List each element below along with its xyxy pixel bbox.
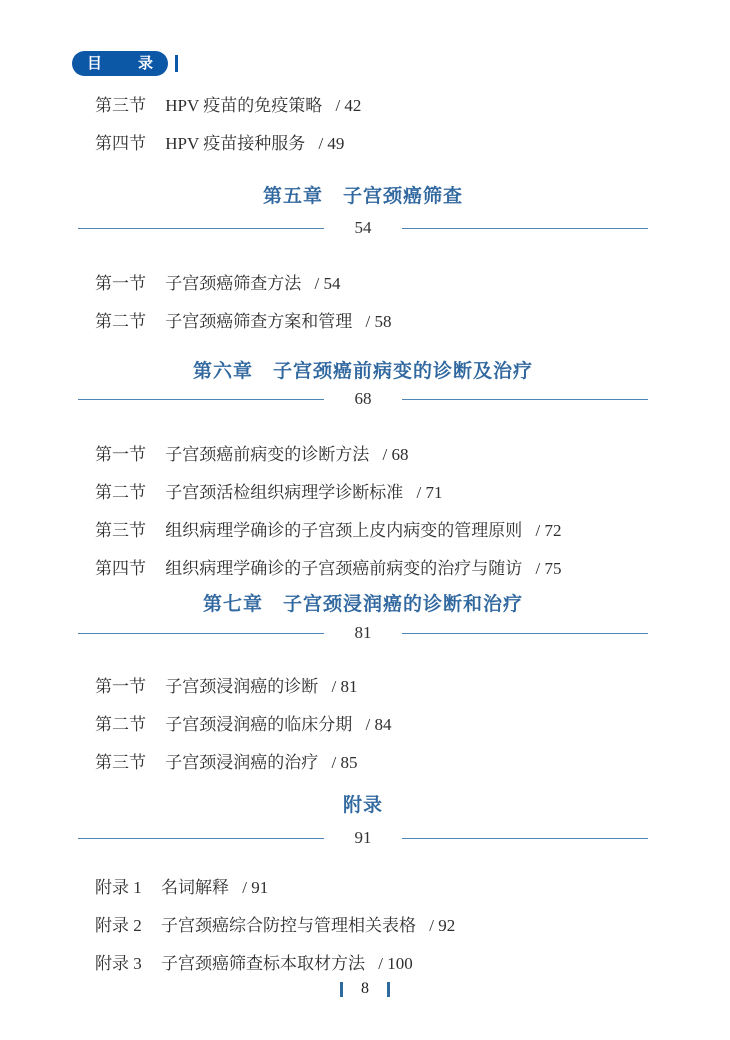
toc-entry: 第四节 组织病理学确诊的子宫颈癌前病变的治疗与随访 / 75 xyxy=(78,550,648,588)
toc-entry-title: 名词解释 xyxy=(161,878,229,897)
divider-rule-right xyxy=(402,399,648,400)
toc-entry-title: HPV 疫苗的免疫策略 xyxy=(165,96,322,115)
chapter-start-page: 81 xyxy=(338,622,388,644)
toc-entry-page: / 42 xyxy=(335,96,361,115)
divider-rule-right xyxy=(402,633,648,634)
page-footer: 8 xyxy=(0,978,730,1000)
divider-rule-left xyxy=(78,399,324,400)
toc-entry: 第三节 子宫颈浸润癌的治疗 / 85 xyxy=(78,744,648,782)
toc-entry-title: 子宫颈浸润癌的临床分期 xyxy=(165,715,352,734)
toc-entry: 附录 1 名词解释 / 91 xyxy=(78,869,648,907)
toc-entry-page: / 85 xyxy=(332,753,358,772)
toc-entry-title: 子宫颈浸润癌的诊断 xyxy=(165,677,318,696)
toc-entry-title: 子宫颈癌筛查方案和管理 xyxy=(165,312,352,331)
toc-entry-label: 附录 3 xyxy=(95,954,142,973)
page-number: 8 xyxy=(361,981,369,997)
toc-entry-title: 子宫颈癌综合防控与管理相关表格 xyxy=(161,916,416,935)
toc-entry-title: 子宫颈癌筛查标本取材方法 xyxy=(161,954,365,973)
divider-rule-right xyxy=(402,838,648,839)
toc-entry-page: / 72 xyxy=(536,521,562,540)
toc-entry-label: 第三节 xyxy=(95,521,146,540)
toc-entry-label: 附录 1 xyxy=(95,878,142,897)
toc-entry-page: / 84 xyxy=(366,715,392,734)
chapter-heading: 第五章 子宫颈癌筛查 xyxy=(78,186,648,208)
toc-entry-title: 子宫颈活检组织病理学诊断标准 xyxy=(165,483,403,502)
toc-entry-title: 子宫颈浸润癌的治疗 xyxy=(165,753,318,772)
toc-entry-title: HPV 疫苗接种服务 xyxy=(165,134,305,153)
toc-entry-title: 组织病理学确诊的子宫颈癌前病变的治疗与随访 xyxy=(165,559,522,578)
toc-entry-page: / 81 xyxy=(332,677,358,696)
toc-entry-label: 第一节 xyxy=(95,677,146,696)
toc-entry-page: / 71 xyxy=(417,483,443,502)
divider-rule-left xyxy=(78,228,324,229)
toc-entry: 第一节 子宫颈癌前病变的诊断方法 / 68 xyxy=(78,436,648,474)
toc-entry: 第三节 HPV 疫苗的免疫策略 / 42 xyxy=(78,87,648,125)
toc-entry-page: / 92 xyxy=(429,916,455,935)
toc-entry: 第四节 HPV 疫苗接种服务 / 49 xyxy=(78,125,648,163)
toc-content: 第三节 HPV 疫苗的免疫策略 / 42 第四节 HPV 疫苗接种服务 / 49… xyxy=(78,0,648,983)
toc-entry: 附录 2 子宫颈癌综合防控与管理相关表格 / 92 xyxy=(78,907,648,945)
toc-entry-label: 附录 2 xyxy=(95,916,142,935)
chapter-heading: 第六章 子宫颈癌前病变的诊断及治疗 xyxy=(78,361,648,383)
footer-rule-left xyxy=(340,982,343,997)
chapter-page-divider: 91 xyxy=(78,827,648,849)
toc-entry-label: 第二节 xyxy=(95,312,146,331)
toc-entry: 第三节 组织病理学确诊的子宫颈上皮内病变的管理原则 / 72 xyxy=(78,512,648,550)
divider-rule-right xyxy=(402,228,648,229)
toc-entry: 第一节 子宫颈癌筛查方法 / 54 xyxy=(78,265,648,303)
toc-entry-page: / 54 xyxy=(315,274,341,293)
toc-entry-label: 第一节 xyxy=(95,274,146,293)
chapter-heading: 第七章 子宫颈浸润癌的诊断和治疗 xyxy=(78,594,648,616)
toc-entry-label: 第一节 xyxy=(95,445,146,464)
chapter-page-divider: 81 xyxy=(78,622,648,644)
footer-rule-right xyxy=(387,982,390,997)
divider-rule-left xyxy=(78,838,324,839)
toc-entry-title: 组织病理学确诊的子宫颈上皮内病变的管理原则 xyxy=(165,521,522,540)
chapter-start-page: 68 xyxy=(338,388,388,410)
toc-entry-label: 第四节 xyxy=(95,134,146,153)
chapter-page-divider: 54 xyxy=(78,217,648,239)
toc-entry-label: 第二节 xyxy=(95,715,146,734)
appendix-heading: 附录 xyxy=(78,795,648,817)
toc-entry: 第二节 子宫颈活检组织病理学诊断标准 / 71 xyxy=(78,474,648,512)
chapter-start-page: 91 xyxy=(338,827,388,849)
toc-entry: 第一节 子宫颈浸润癌的诊断 / 81 xyxy=(78,668,648,706)
toc-entry: 第二节 子宫颈癌筛查方案和管理 / 58 xyxy=(78,303,648,341)
chapter-page-divider: 68 xyxy=(78,388,648,410)
toc-entry-page: / 75 xyxy=(536,559,562,578)
toc-entry-label: 第二节 xyxy=(95,483,146,502)
toc-entry-page: / 68 xyxy=(383,445,409,464)
toc-entry-label: 第三节 xyxy=(95,96,146,115)
divider-rule-left xyxy=(78,633,324,634)
toc-entry-page: / 49 xyxy=(318,134,344,153)
toc-entry-label: 第四节 xyxy=(95,559,146,578)
chapter-start-page: 54 xyxy=(338,217,388,239)
toc-entry-page: / 91 xyxy=(242,878,268,897)
toc-entry-label: 第三节 xyxy=(95,753,146,772)
toc-entry-page: / 100 xyxy=(378,954,412,973)
toc-entry-title: 子宫颈癌筛查方法 xyxy=(165,274,301,293)
toc-entry: 第二节 子宫颈浸润癌的临床分期 / 84 xyxy=(78,706,648,744)
toc-entry-title: 子宫颈癌前病变的诊断方法 xyxy=(165,445,369,464)
toc-entry-page: / 58 xyxy=(366,312,392,331)
